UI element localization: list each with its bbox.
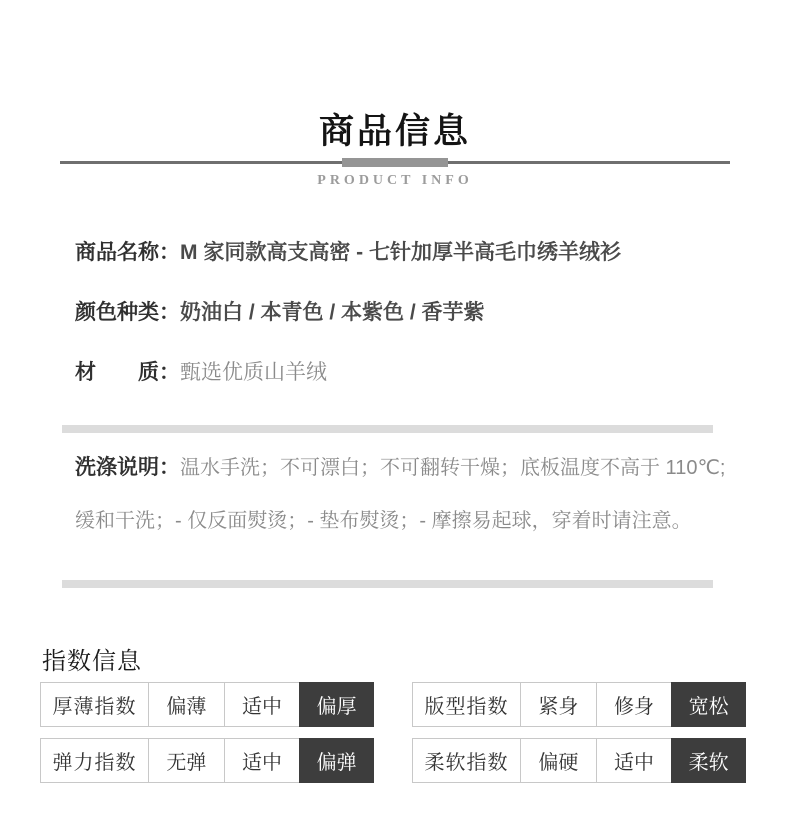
elasticity-option-selected: 偏弹 [299,738,374,783]
page-title: 商品信息 [0,104,790,154]
care-label: 洗涤说明： [75,456,180,479]
material-label: 材 质： [75,361,180,384]
elasticity-option-1: 无弹 [148,739,224,782]
color-variants-label: 颜色种类： [75,301,180,324]
elasticity-option-2: 适中 [224,739,300,782]
material-value: 甄选优质山羊绒 [180,361,327,384]
product-info-panel: 商品信息 PRODUCT INFO 商品名称：M 家同款高支高密 - 七针加厚半… [0,0,790,818]
softness-option-1: 偏硬 [520,739,596,782]
thickness-label-cell: 厚薄指数 [41,683,148,726]
index-section-title: 指数信息 [42,641,142,676]
index-table-elasticity: 弹力指数 无弹 适中 偏弹 [40,738,374,783]
index-table-softness: 柔软指数 偏硬 适中 柔软 [412,738,746,783]
fit-option-1: 紧身 [520,683,596,726]
fit-label-cell: 版型指数 [413,683,520,726]
page-subtitle: PRODUCT INFO [0,173,790,189]
thickness-option-2: 适中 [224,683,300,726]
care-line-1-text: 温水手洗；不可漂白；不可翻转干燥；底板温度不高于 110℃; [180,457,725,479]
info-row-material: 材 质：甄选优质山羊绒 [75,359,750,386]
thickness-option-selected: 偏厚 [299,682,374,727]
elasticity-label-cell: 弹力指数 [41,739,148,782]
care-line-2: 缓和干洗；- 仅反面熨烫；- 垫布熨烫；- 摩擦易起球，穿着时请注意。 [75,507,713,535]
care-line-1: 洗涤说明：温水手洗；不可漂白；不可翻转干燥；底板温度不高于 110℃; [75,454,713,482]
title-divider-accent [342,158,448,167]
index-table-thickness: 厚薄指数 偏薄 适中 偏厚 [40,682,374,727]
color-variants-value: 奶油白 / 本青色 / 本紫色 / 香芋紫 [180,301,485,324]
washing-instructions-box: 洗涤说明：温水手洗；不可漂白；不可翻转干燥；底板温度不高于 110℃; 缓和干洗… [62,425,713,588]
thickness-option-1: 偏薄 [148,683,224,726]
fit-option-2: 修身 [596,683,672,726]
fit-option-selected: 宽松 [671,682,746,727]
info-row-product-name: 商品名称：M 家同款高支高密 - 七针加厚半高毛巾绣羊绒衫 [75,239,750,266]
product-name-label: 商品名称： [75,241,180,264]
product-name-value: M 家同款高支高密 - 七针加厚半高毛巾绣羊绒衫 [180,241,621,264]
softness-option-2: 适中 [596,739,672,782]
index-table-fit: 版型指数 紧身 修身 宽松 [412,682,746,727]
care-line-2-text: 缓和干洗；- 仅反面熨烫；- 垫布熨烫；- 摩擦易起球，穿着时请注意。 [75,510,692,532]
info-row-color-variants: 颜色种类：奶油白 / 本青色 / 本紫色 / 香芋紫 [75,299,750,326]
softness-option-selected: 柔软 [671,738,746,783]
softness-label-cell: 柔软指数 [413,739,520,782]
